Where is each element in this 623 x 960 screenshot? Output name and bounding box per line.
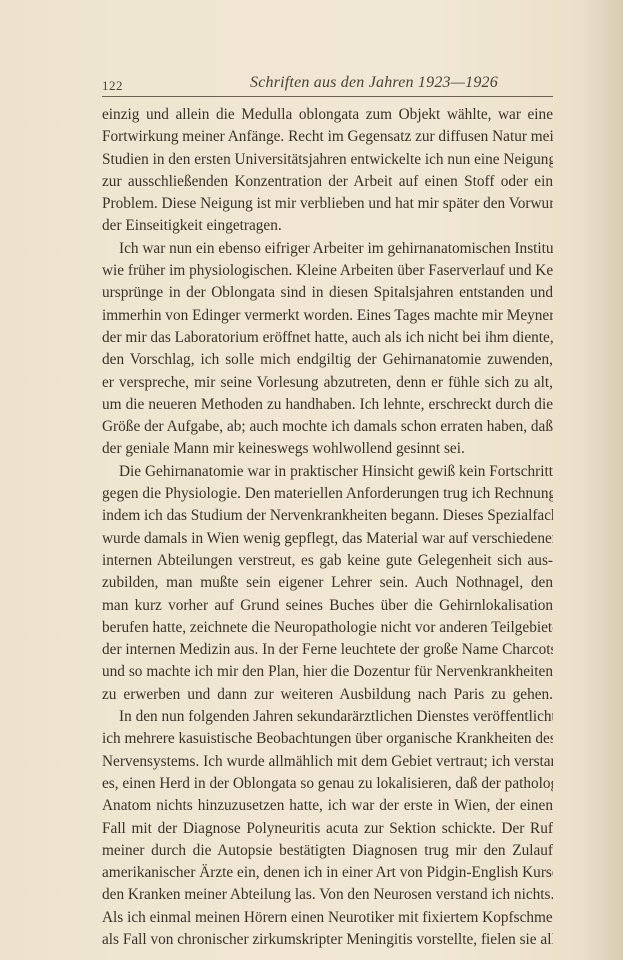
text-line: er verspreche, mir seine Vorlesung abzut… bbox=[102, 372, 553, 394]
text-line: Fortwirkung meiner Anfänge. Recht im Geg… bbox=[102, 126, 553, 148]
text-line: Größe der Aufgabe, ab; auch mochte ich d… bbox=[102, 416, 553, 438]
text-line: ich mehrere kasuistische Beobachtungen ü… bbox=[102, 728, 553, 750]
text-line: gegen die Physiologie. Den materiellen A… bbox=[102, 483, 553, 505]
text-line: der geniale Mann mir keineswegs wohlwoll… bbox=[102, 438, 553, 460]
text-line: als Fall von chronischer zirkumskripter … bbox=[102, 929, 553, 951]
text-line: Anatom nichts hinzuzusetzen hatte, ich w… bbox=[102, 795, 553, 817]
text-line: Problem. Diese Neigung ist mir verbliebe… bbox=[102, 193, 553, 215]
text-line: wie früher im physiologischen. Kleine Ar… bbox=[102, 260, 553, 282]
text-line: zubilden, man mußte sein eigener Lehrer … bbox=[102, 572, 553, 594]
page-number: 122 bbox=[102, 78, 123, 94]
text-line: den Vorschlag, ich solle mich endgiltig … bbox=[102, 349, 553, 371]
text-line: indem ich das Studium der Nervenkrankhei… bbox=[102, 505, 553, 527]
text-line: Nervensystems. Ich wurde allmählich mit … bbox=[102, 751, 553, 773]
text-line: der internen Medizin aus. In der Ferne l… bbox=[102, 639, 553, 661]
text-line: berufen hatte, zeichnete die Neuropathol… bbox=[102, 617, 553, 639]
text-line: den Kranken meiner Abteilung las. Von de… bbox=[102, 884, 553, 906]
text-line: wurde damals in Wien wenig gepflegt, das… bbox=[102, 528, 553, 550]
text-line: und so machte ich mir den Plan, hier die… bbox=[102, 661, 553, 683]
text-line: einzig und allein die Medulla oblongata … bbox=[102, 104, 553, 126]
text-line: Ich war nun ein ebenso eifriger Arbeiter… bbox=[102, 238, 553, 260]
text-line: der Einseitigkeit eingetragen. bbox=[102, 215, 553, 237]
text-line: meiner durch die Autopsie bestätigten Di… bbox=[102, 840, 553, 862]
text-line: der mir das Laboratorium eröffnet hatte,… bbox=[102, 327, 553, 349]
body-text: einzig und allein die Medulla oblongata … bbox=[102, 104, 553, 951]
text-line: ursprünge in der Oblongata sind in diese… bbox=[102, 282, 553, 304]
header-title: Schriften aus den Jahren 1923—1926 bbox=[250, 74, 498, 92]
text-line: man kurz vorher auf Grund seines Buches … bbox=[102, 595, 553, 617]
text-line: In den nun folgenden Jahren sekundarärzt… bbox=[102, 706, 553, 728]
text-line: Als ich einmal meinen Hörern einen Neuro… bbox=[102, 907, 553, 929]
text-line: internen Abteilungen verstreut, es gab k… bbox=[102, 550, 553, 572]
text-line: zur ausschließenden Konzentration der Ar… bbox=[102, 171, 553, 193]
text-line: amerikanischer Ärzte ein, denen ich in e… bbox=[102, 862, 553, 884]
text-line: zu erwerben und dann zur weiteren Ausbil… bbox=[102, 684, 553, 706]
text-line: es, einen Herd in der Oblongata so genau… bbox=[102, 773, 553, 795]
text-line: Fall mit der Diagnose Polyneuritis acuta… bbox=[102, 818, 553, 840]
text-line: Studien in den ersten Universitätsjahren… bbox=[102, 149, 553, 171]
header-rule bbox=[102, 96, 553, 97]
text-line: um die neueren Methoden zu handhaben. Ic… bbox=[102, 394, 553, 416]
text-line: Die Gehirnanatomie war in praktischer Hi… bbox=[102, 461, 553, 483]
text-line: immerhin von Edinger vermerkt worden. Ei… bbox=[102, 305, 553, 327]
running-head: 122 Schriften aus den Jahren 1923—1926 bbox=[102, 74, 553, 94]
